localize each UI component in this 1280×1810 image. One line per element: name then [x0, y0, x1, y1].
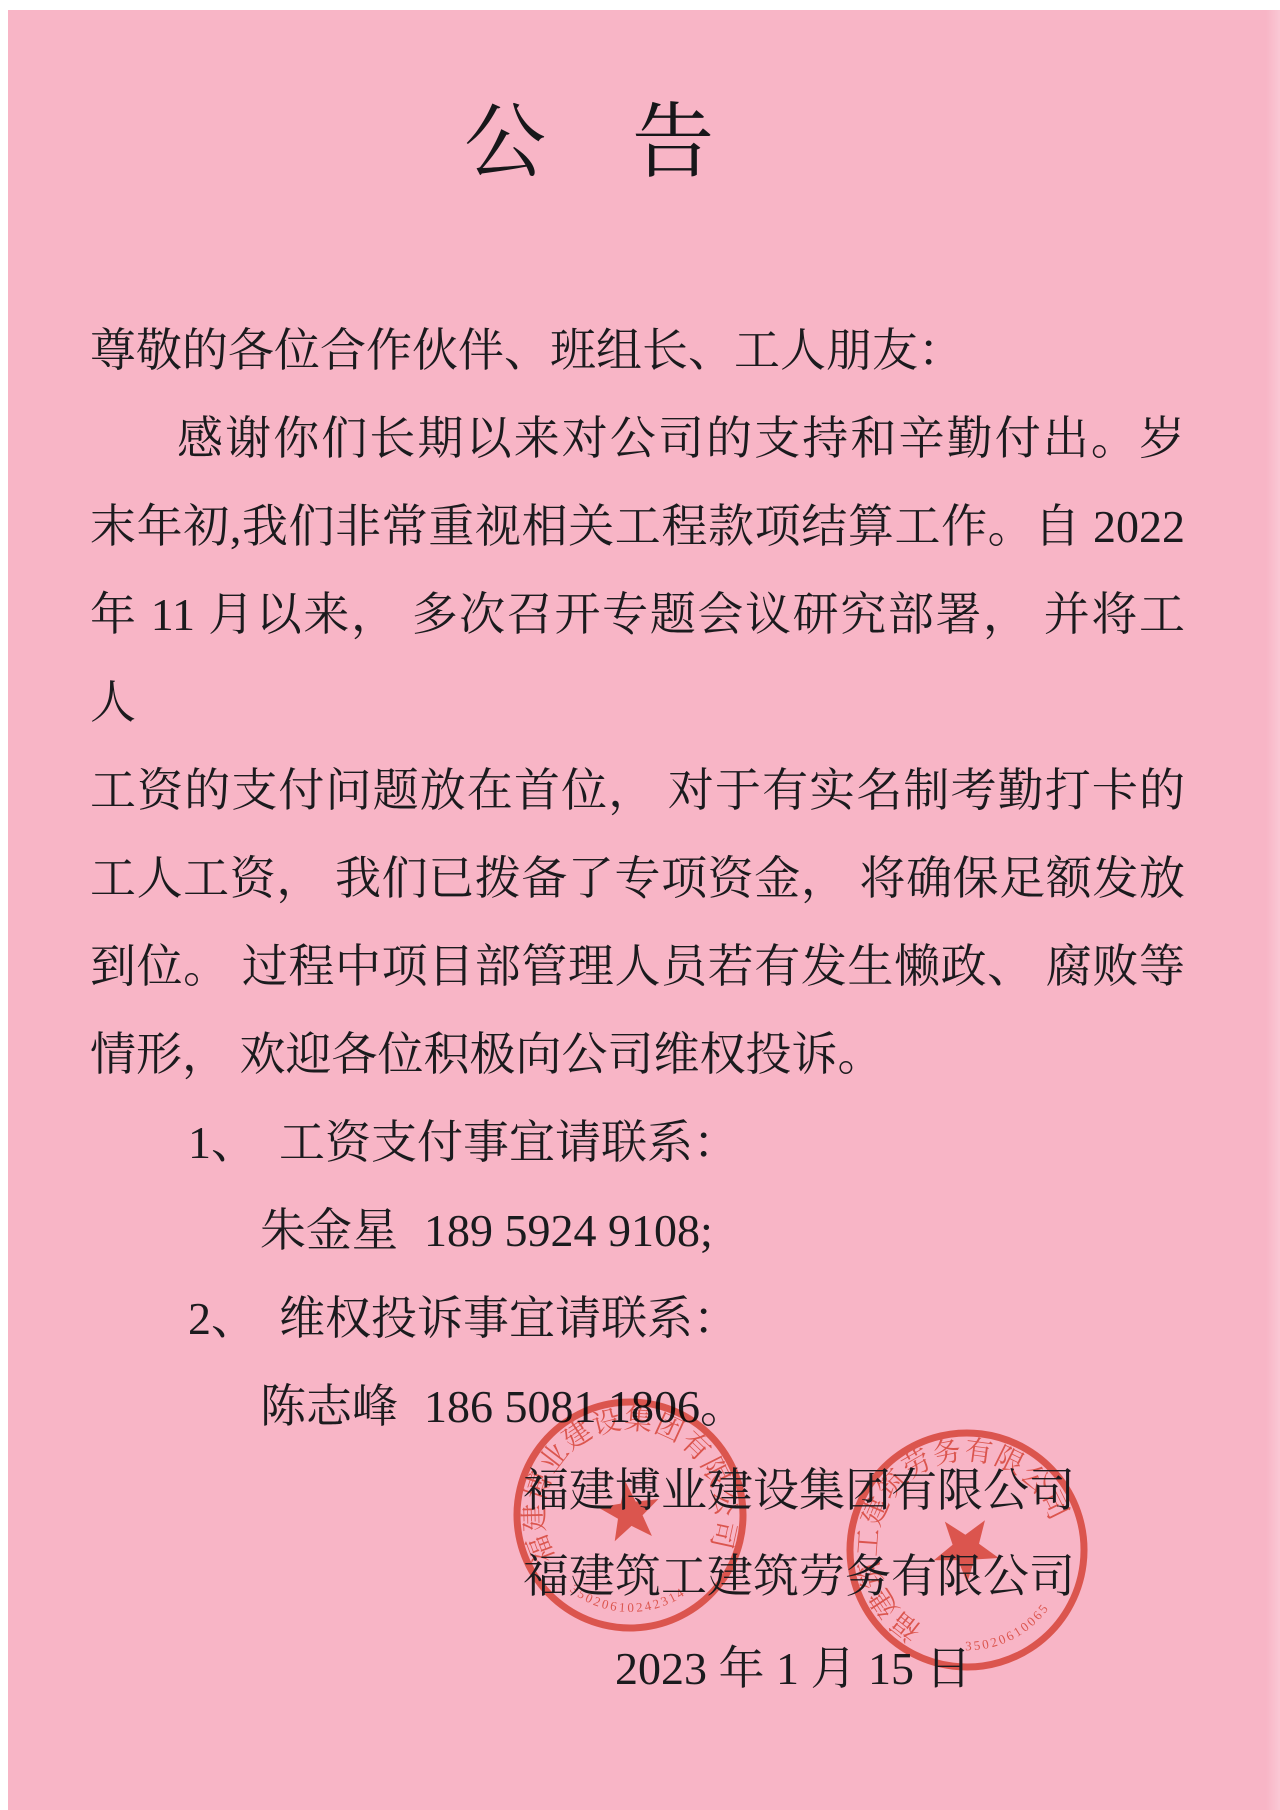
paragraph-line: 工人工资， 我们已拨备了专项资金， 将确保足额发放: [90, 835, 1185, 923]
paragraph-line: 末年初,我们非常重视相关工程款项结算工作。自 2022: [90, 483, 1185, 571]
contact-label: 维权投诉事宜请联系：: [279, 1293, 739, 1344]
notice-title: 公 告: [90, 88, 1090, 198]
notice-body: 尊敬的各位合作伙伴、班组长、工人朋友： 感谢你们长期以来对公司的支持和辛勤付出。…: [90, 307, 1185, 1451]
contact-item-2: 2、维权投诉事宜请联系：: [90, 1275, 1185, 1363]
contact-person: 朱金星: [260, 1205, 398, 1256]
contact-phone: 189 5924 9108;: [424, 1205, 713, 1256]
contact-index: 2、: [188, 1293, 257, 1344]
paragraph-line: 工资的支付问题放在首位， 对于有实名制考勤打卡的: [90, 747, 1185, 835]
paragraph-line: 到位。 过程中项目部管理人员若有发生懒政、 腐败等: [90, 923, 1185, 1011]
salutation: 尊敬的各位合作伙伴、班组长、工人朋友：: [90, 307, 1185, 395]
paragraph-line: 感谢你们长期以来对公司的支持和辛勤付出。岁: [90, 395, 1185, 483]
contact-person: 陈志峰: [260, 1381, 398, 1432]
contact-label: 工资支付事宜请联系：: [279, 1117, 739, 1168]
contact-detail-1: 朱金星189 5924 9108;: [90, 1187, 1185, 1275]
company-name-1: 福建博业建设集团有限公司: [523, 1460, 1075, 1522]
contact-index: 1、: [188, 1117, 257, 1168]
contact-item-1: 1、工资支付事宜请联系：: [90, 1099, 1185, 1187]
notice-page: 公 告 尊敬的各位合作伙伴、班组长、工人朋友： 感谢你们长期以来对公司的支持和辛…: [8, 10, 1280, 1810]
paragraph-line: 情形， 欢迎各位积极向公司维权投诉。: [90, 1011, 1185, 1099]
company-name-2: 福建筑工建筑劳务有限公司: [523, 1546, 1075, 1608]
paragraph-line: 年 11 月以来， 多次召开专题会议研究部署， 并将工人: [90, 571, 1185, 747]
notice-date: 2023 年 1 月 15 日: [615, 1638, 972, 1700]
